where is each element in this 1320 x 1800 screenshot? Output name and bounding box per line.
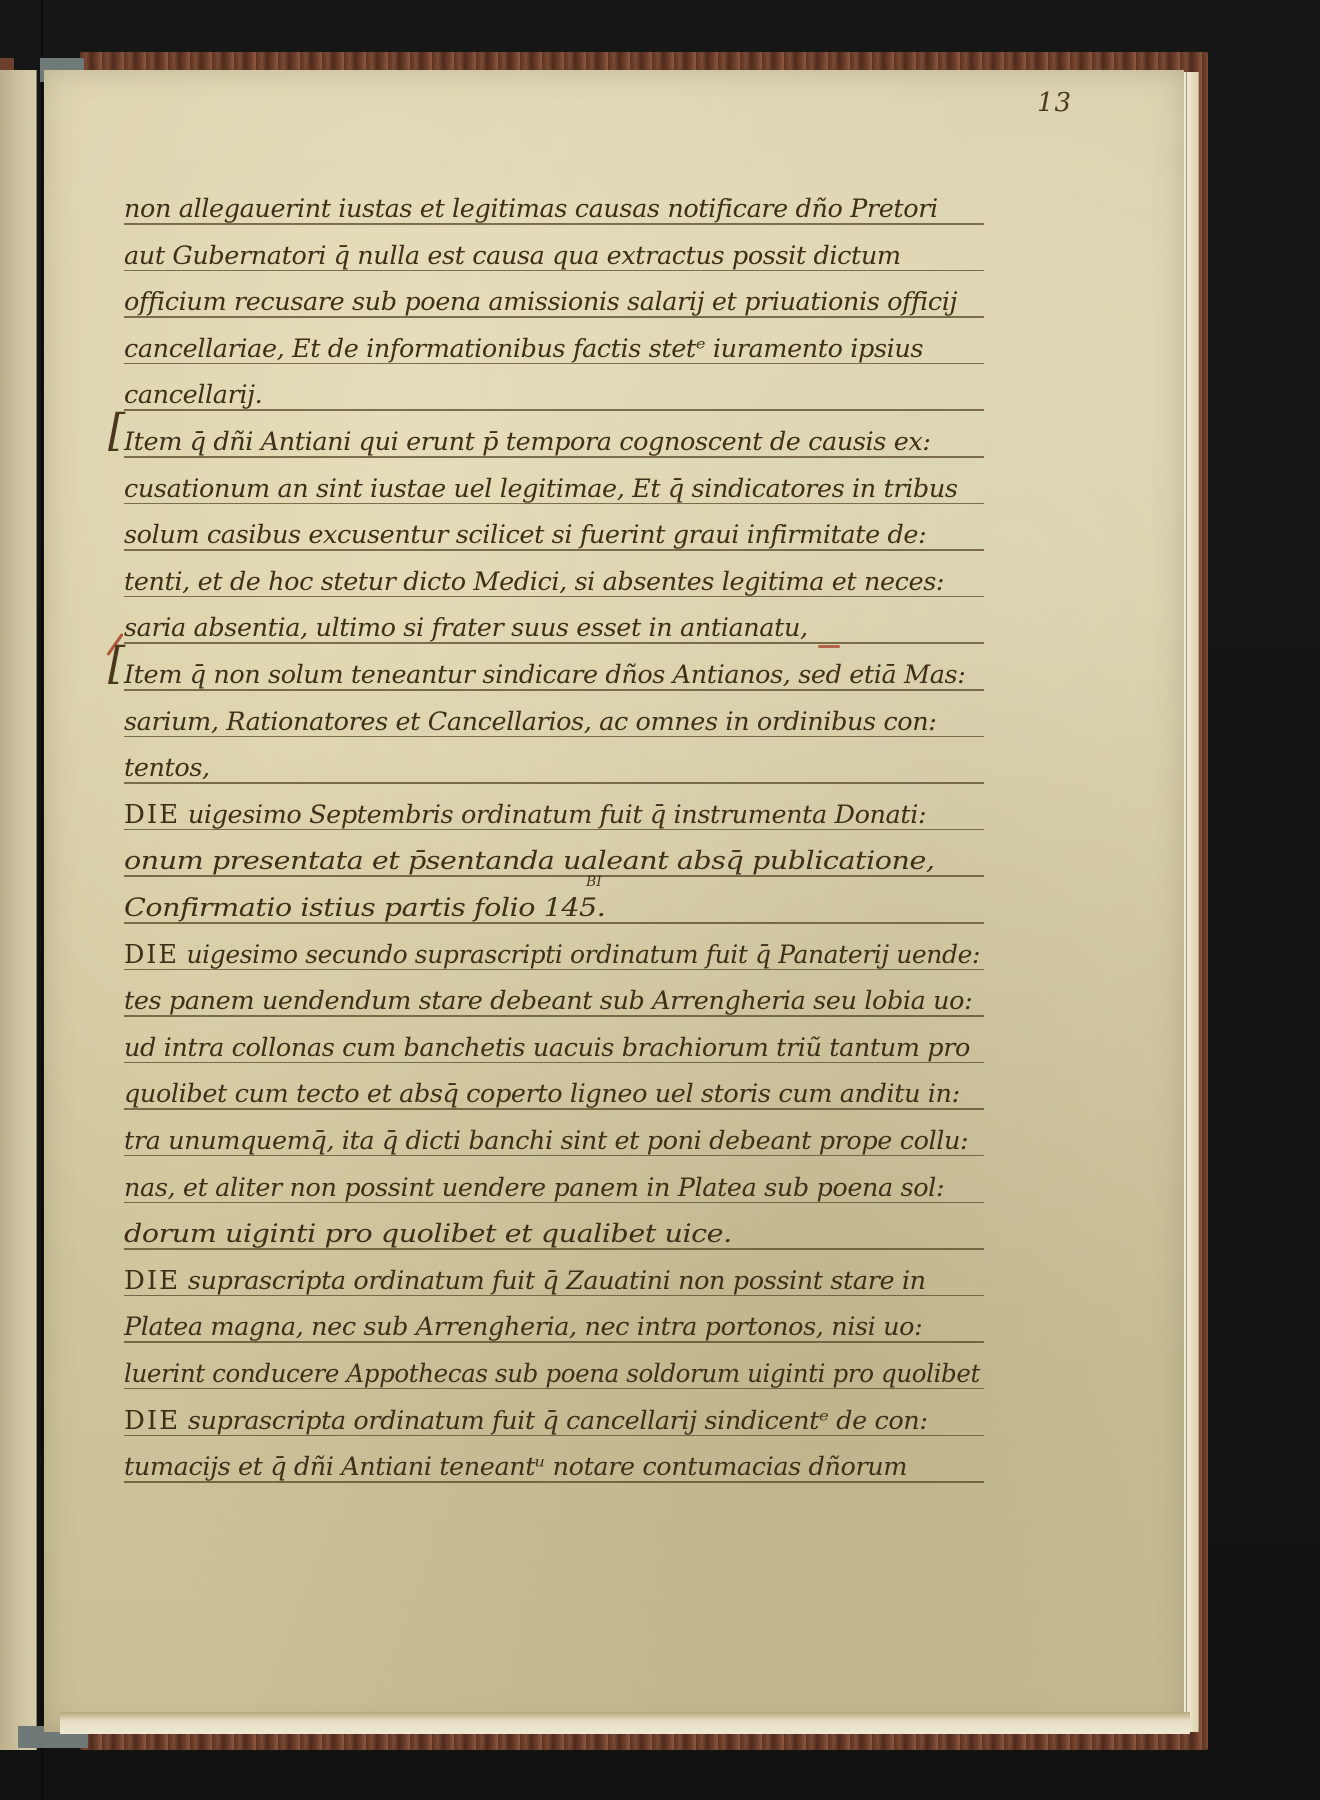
- manuscript-line: DIE suprascripta ordinatum fuit q̄ Zauat…: [124, 1254, 984, 1301]
- manuscript-line-text: nas, et aliter non possint uendere panem…: [124, 1176, 944, 1208]
- manuscript-line: DIE suprascripta ordinatum fuit q̄ cance…: [124, 1393, 984, 1440]
- manuscript-line-text: Item q̄ dñi Antiani qui erunt p̄ tempora…: [124, 430, 931, 462]
- manuscript-line-text: tentos,: [124, 756, 210, 788]
- manuscript-line: tra unumquemq̄, ita q̄ dicti banchi sint…: [124, 1114, 984, 1161]
- manuscript-line-text: DIE suprascripta ordinatum fuit q̄ cance…: [124, 1408, 928, 1441]
- die-initial: DIE: [124, 1406, 180, 1436]
- manuscript-line: officium recusare sub poena amissionis s…: [124, 275, 984, 322]
- manuscript-line-text: onum presentata et p̄sentanda ualeant ab…: [124, 849, 935, 881]
- manuscript-line: quolibet cum tecto et absq̄ coperto lign…: [124, 1067, 984, 1114]
- manuscript-line-text: DIE uigesimo Septembris ordinatum fuit q…: [124, 802, 926, 835]
- manuscript-line: luerint conducere Appothecas sub poena s…: [124, 1347, 984, 1394]
- manuscript-line: cancellarij.: [124, 368, 984, 415]
- manuscript-line-text: tenti, et de hoc stetur dicto Medici, si…: [124, 570, 944, 602]
- die-initial: DIE: [124, 800, 180, 830]
- manuscript-line: Confirmatio istius partis folio 145.: [124, 881, 984, 928]
- manuscript-line-text: tes panem uendendum stare debeant sub Ar…: [124, 989, 972, 1021]
- manuscript-line: [Item q̄ non solum teneantur sindicare d…: [124, 648, 984, 695]
- verso-page-edge: [0, 70, 37, 1750]
- manuscript-line: dorum uiginti pro quolibet et qualibet u…: [124, 1207, 984, 1254]
- manuscript-line: Platea magna, nec sub Arrengheria, nec i…: [124, 1300, 984, 1347]
- manuscript-line: tenti, et de hoc stetur dicto Medici, si…: [124, 555, 984, 602]
- manuscript-line: aut Gubernatori q̄ nulla est causa qua e…: [124, 229, 984, 276]
- manuscript-line-text: cancellarij.: [124, 383, 262, 415]
- manuscript-line-text: aut Gubernatori q̄ nulla est causa qua e…: [124, 244, 901, 276]
- manuscript-line: tumacijs et q̄ dñi Antiani teneantᵘ nota…: [124, 1440, 984, 1487]
- manuscript-line-text: DIE suprascripta ordinatum fuit q̄ Zauat…: [124, 1268, 926, 1301]
- manuscript-line-text: sarium, Rationatores et Cancellarios, ac…: [124, 710, 936, 742]
- manuscript-line: [Item q̄ dñi Antiani qui erunt p̄ tempor…: [124, 415, 984, 462]
- manuscript-line: DIE uigesimo secundo suprascripti ordina…: [124, 928, 984, 975]
- manuscript-line-text: non allegauerint iustas et legitimas cau…: [124, 197, 938, 229]
- die-initial: DIE: [124, 1266, 180, 1296]
- folio-number: 13: [1037, 88, 1072, 118]
- manuscript-line-text: ud intra collonas cum banchetis uacuis b…: [124, 1036, 970, 1068]
- paragraph-bracket-mark: [: [108, 409, 125, 453]
- manuscript-line: solum casibus excusentur scilicet si fue…: [124, 508, 984, 555]
- interlinear-note: BI: [586, 874, 602, 890]
- manuscript-line-text: DIE uigesimo secundo suprascripti ordina…: [124, 942, 980, 975]
- manuscript-line: onum presentata et p̄sentanda ualeant ab…: [124, 834, 984, 881]
- manuscript-line-text: officium recusare sub poena amissionis s…: [124, 290, 957, 322]
- manuscript-line-text: luerint conducere Appothecas sub poena s…: [124, 1362, 980, 1394]
- manuscript-line: cusationum an sint iustae uel legitimae,…: [124, 462, 984, 509]
- manuscript-line: nas, et aliter non possint uendere panem…: [124, 1160, 984, 1207]
- manuscript-text-block: non allegauerint iustas et legitimas cau…: [124, 182, 984, 1487]
- manuscript-line-text: Item q̄ non solum teneantur sindicare dñ…: [124, 663, 965, 695]
- manuscript-line: DIE uigesimo Septembris ordinatum fuit q…: [124, 788, 984, 835]
- paragraph-bracket-mark: [: [108, 642, 125, 686]
- manuscript-line-text: saria absentia, ultimo si frater suus es…: [124, 616, 808, 648]
- manuscript-line-text: cusationum an sint iustae uel legitimae,…: [124, 477, 958, 509]
- manuscript-line: sarium, Rationatores et Cancellarios, ac…: [124, 695, 984, 742]
- manuscript-line: tentos,: [124, 741, 984, 788]
- manuscript-line-text: Platea magna, nec sub Arrengheria, nec i…: [124, 1315, 922, 1347]
- manuscript-line-text: quolibet cum tecto et absq̄ coperto lign…: [124, 1082, 960, 1114]
- manuscript-line-text: solum casibus excusentur scilicet si fue…: [124, 523, 926, 555]
- gutter-divider: [41, 0, 43, 1800]
- manuscript-line: tes panem uendendum stare debeant sub Ar…: [124, 974, 984, 1021]
- manuscript-line: saria absentia, ultimo si frater suus es…: [124, 601, 984, 648]
- manuscript-line-text: dorum uiginti pro quolibet et qualibet u…: [124, 1222, 732, 1254]
- manuscript-line-text: tra unumquemq̄, ita q̄ dicti banchi sint…: [124, 1129, 968, 1161]
- die-initial: DIE: [124, 940, 179, 970]
- manuscript-line-text: cancellariae, Et de informationibus fact…: [124, 337, 923, 369]
- manuscript-line-text: tumacijs et q̄ dñi Antiani teneantᵘ nota…: [124, 1455, 907, 1487]
- leaf-bottom-edge: [60, 1712, 1190, 1734]
- manuscript-line: ud intra collonas cum banchetis uacuis b…: [124, 1021, 984, 1068]
- manuscript-line-text: Confirmatio istius partis folio 145.: [124, 896, 605, 928]
- manuscript-line: cancellariae, Et de informationibus fact…: [124, 322, 984, 369]
- manuscript-line: non allegauerint iustas et legitimas cau…: [124, 182, 984, 229]
- ruling-line: [124, 782, 984, 784]
